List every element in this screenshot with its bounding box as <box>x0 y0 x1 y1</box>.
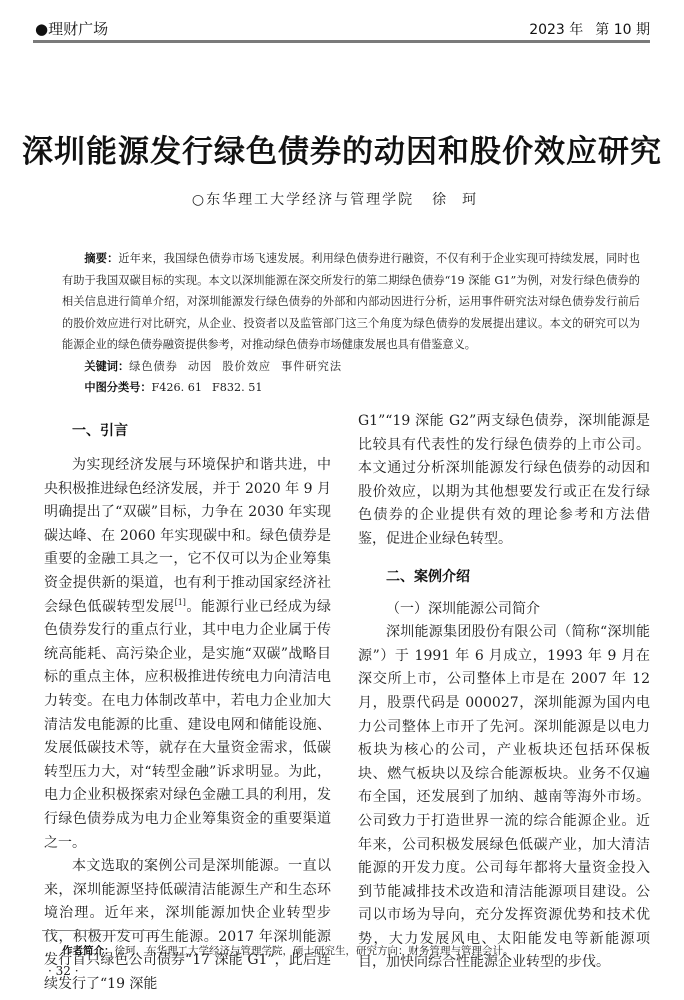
abstract-label: 摘要： <box>84 252 118 265</box>
keywords-line: 关键词：绿色债券动因股价效应事件研究法 <box>84 356 640 378</box>
classification-line: 中图分类号：F426. 61F832. 51 <box>84 377 640 399</box>
classification-code: F832. 51 <box>212 381 262 394</box>
body-paragraph: 为实现经济发展与环境保护和谐共进，中央积极推进绿色经济发展，并于 2020 年 … <box>44 454 331 855</box>
page-number: · 32 · <box>48 964 79 978</box>
author-name: 徐珂 <box>432 192 492 208</box>
paragraph-text: 为实现经济发展与环境保护和谐共进，中央积极推进绿色经济发展，并于 2020 年 … <box>44 457 331 615</box>
classification-label: 中图分类号： <box>84 381 151 394</box>
abstract-block: 摘要：近年来，我国绿色债券市场飞速发展。利用绿色债券进行融资，不仅有利于企业实现… <box>62 248 640 399</box>
footnote-divider <box>42 930 160 931</box>
issue-info: 2023 年第 10 期 <box>529 19 650 39</box>
right-column: G1”“19 深能 G2”两支绿色债券，深圳能源是比较具有代表性的发行绿色债券的… <box>358 410 650 975</box>
keyword: 股价效应 <box>222 360 271 373</box>
abstract-text: 近年来，我国绿色债券市场飞速发展。利用绿色债券进行融资，不仅有利于企业实现可持续… <box>62 252 640 351</box>
issue-number: 第 10 期 <box>595 22 650 38</box>
keyword: 动因 <box>188 360 212 373</box>
section-heading-introduction: 一、引言 <box>44 418 331 454</box>
section-heading-case: 二、案例介绍 <box>358 564 650 598</box>
author-footnote: 作者简介：徐珂，东华理工大学经济与管理学院，硕士研究生，研究方向：财务管理与管理… <box>62 943 514 958</box>
footnote-text: 徐珂，东华理工大学经济与管理学院，硕士研究生，研究方向：财务管理与管理会计。 <box>115 945 514 957</box>
subsection-heading: （一）深圳能源公司简介 <box>358 598 650 622</box>
classification-code: F426. 61 <box>152 381 202 394</box>
author-affiliation: ○东华理工大学经济与管理学院 <box>192 192 414 208</box>
body-paragraph: 深圳能源集团股份有限公司（简称“深圳能源”）于 1991 年 6 月成立，199… <box>358 621 650 975</box>
author-line: ○东华理工大学经济与管理学院徐珂 <box>0 189 684 209</box>
abstract-paragraph: 摘要：近年来，我国绿色债券市场飞速发展。利用绿色债券进行融资，不仅有利于企业实现… <box>62 248 640 356</box>
body-paragraph: 本文选取的案例公司是深圳能源。一直以来，深圳能源坚持低碳清洁能源生产和生态环境治… <box>44 855 331 997</box>
body-paragraph-continued: G1”“19 深能 G2”两支绿色债券，深圳能源是比较具有代表性的发行绿色债券的… <box>358 410 650 552</box>
left-column: 一、引言 为实现经济发展与环境保护和谐共进，中央积极推进绿色经济发展，并于 20… <box>44 418 331 997</box>
footnote-label: 作者简介： <box>62 945 115 957</box>
citation-ref: [1] <box>175 598 186 607</box>
issue-year: 2023 年 <box>529 22 583 38</box>
keyword: 事件研究法 <box>281 360 342 373</box>
keywords-label: 关键词： <box>84 360 129 373</box>
keyword: 绿色债券 <box>129 360 178 373</box>
running-header: ●理财广场 2023 年第 10 期 <box>33 16 650 43</box>
article-title: 深圳能源发行绿色债券的动因和股价效应研究 <box>0 126 684 171</box>
section-name: ●理财广场 <box>35 18 108 39</box>
paragraph-text: 。能源行业已经成为绿色债券发行的重点行业，其中电力企业属于传统高能耗、高污染企业… <box>44 599 331 851</box>
